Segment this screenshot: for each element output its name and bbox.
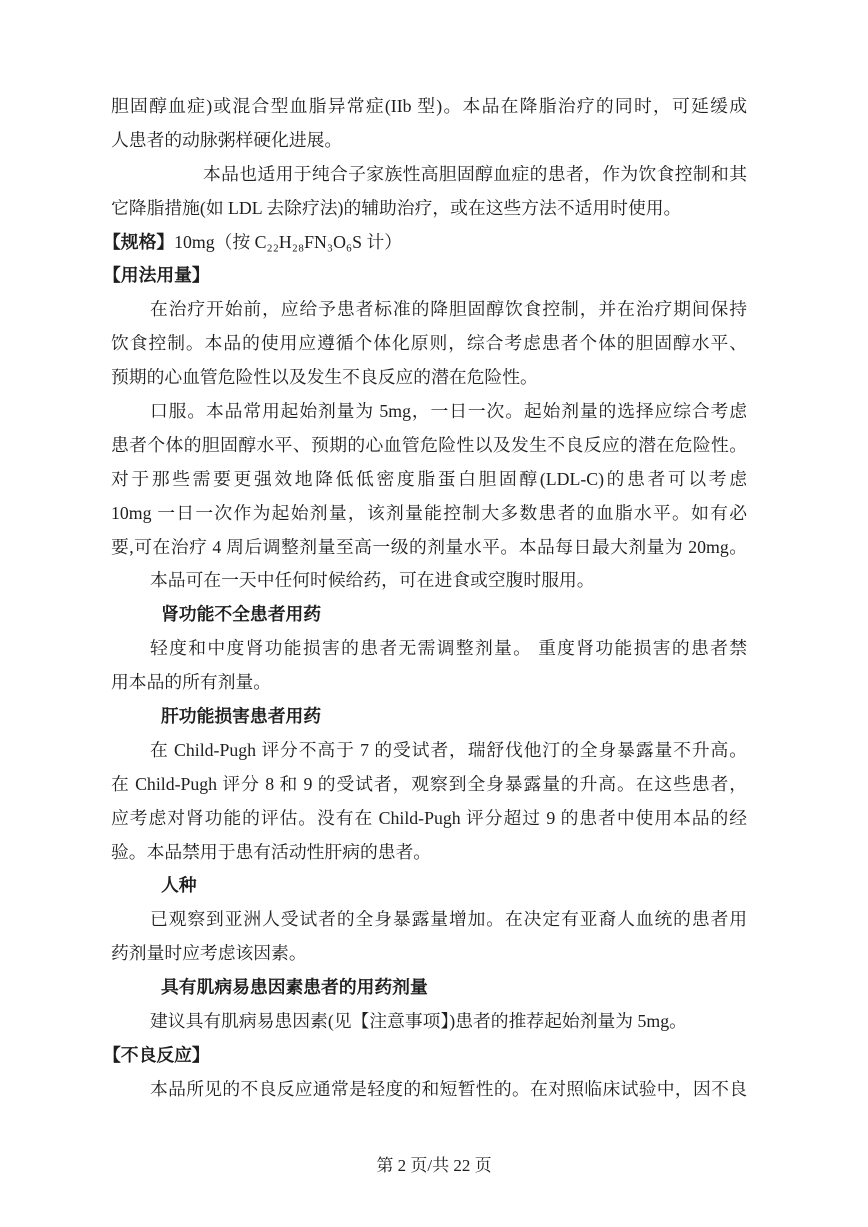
body-text-line: 本品也适用于纯合子家族性高胆固醇血症的患者，作为饮食控制和其 <box>111 158 747 192</box>
body-text-line: 本品可在一天中任何时候给药，可在进食或空腹时服用。 <box>111 564 747 598</box>
body-text-line: 在 Child-Pugh 评分 8 和 9 的受试者，观察到全身暴露量的升高。在… <box>111 768 747 802</box>
body-text-line: 用本品的所有剂量。 <box>111 666 747 700</box>
body-text-line: 预期的心血管危险性以及发生不良反应的潜在危险性。 <box>111 361 747 395</box>
renal-impairment-subheading: 肾功能不全患者用药 <box>111 598 747 632</box>
body-text-line: 在 Child-Pugh 评分不高于 7 的受试者，瑞舒伐他汀的全身暴露量不升高… <box>111 734 747 768</box>
body-text-line: 已观察到亚洲人受试者的全身暴露量增加。在决定有亚裔人血统的患者用 <box>111 903 747 937</box>
body-text-line: 10mg 一日一次作为起始剂量，该剂量能控制大多数患者的血脂水平。如有必 <box>111 497 747 531</box>
myopathy-risk-subheading: 具有肌病易患因素患者的用药剂量 <box>111 971 747 1005</box>
body-text-line: 对于那些需要更强效地降低低密度脂蛋白胆固醇(LDL-C)的患者可以考虑 <box>111 463 747 497</box>
body-text-line: 胆固醇血症)或混合型血脂异常症(IIb 型)。本品在降脂治疗的同时，可延缓成 <box>111 90 747 124</box>
body-text-line: 建议具有肌病易患因素(见【注意事项】)患者的推荐起始剂量为 5mg。 <box>111 1005 747 1039</box>
body-text-line: 它降脂措施(如 LDL 去除疗法)的辅助治疗，或在这些方法不适用时使用。 <box>111 192 747 226</box>
package-insert-page: 胆固醇血症)或混合型血脂异常症(IIb 型)。本品在降脂治疗的同时，可延缓成 人… <box>0 0 868 1227</box>
body-text-line: 在治疗开始前，应给予患者标准的降胆固醇饮食控制，并在治疗期间保持 <box>111 293 747 327</box>
spec-section-label: 【规格】 <box>103 232 174 252</box>
body-text-line: 本品所见的不良反应通常是轻度的和短暂性的。在对照临床试验中，因不良 <box>111 1073 747 1107</box>
body-text-line: 药剂量时应考虑该因素。 <box>111 937 747 971</box>
page-number-footer: 第 2 页/共 22 页 <box>0 1151 868 1181</box>
body-text-line: 要,可在治疗 4 周后调整剂量至高一级的剂量水平。本品每日最大剂量为 20mg。 <box>111 531 747 565</box>
body-text-line: 人患者的动脉粥样硬化进展。 <box>111 124 747 158</box>
body-text-line: 轻度和中度肾功能损害的患者无需调整剂量。 重度肾功能损害的患者禁 <box>111 632 747 666</box>
body-text-line: 验。本品禁用于患有活动性肝病的患者。 <box>111 836 747 870</box>
spec-section-line: 【规格】10mg（按 C₂₂H₂₈FN₃O₆S 计） <box>103 226 747 260</box>
body-text-line: 应考虑对肾功能的评估。没有在 Child-Pugh 评分超过 9 的患者中使用本… <box>111 802 747 836</box>
spec-value: 10mg（按 C₂₂H₂₈FN₃O₆S 计） <box>174 232 402 252</box>
body-text-line: 饮食控制。本品的使用应遵循个体化原则，综合考虑患者个体的胆固醇水平、 <box>111 327 747 361</box>
hepatic-impairment-subheading: 肝功能损害患者用药 <box>111 700 747 734</box>
body-text-line: 口服。本品常用起始剂量为 5mg，一日一次。起始剂量的选择应综合考虑 <box>111 395 747 429</box>
dosage-section-heading: 【用法用量】 <box>103 259 747 293</box>
adverse-reactions-section-heading: 【不良反应】 <box>103 1039 747 1073</box>
race-subheading: 人种 <box>111 869 747 903</box>
body-text-line: 患者个体的胆固醇水平、预期的心血管危险性以及发生不良反应的潜在危险性。 <box>111 429 747 463</box>
